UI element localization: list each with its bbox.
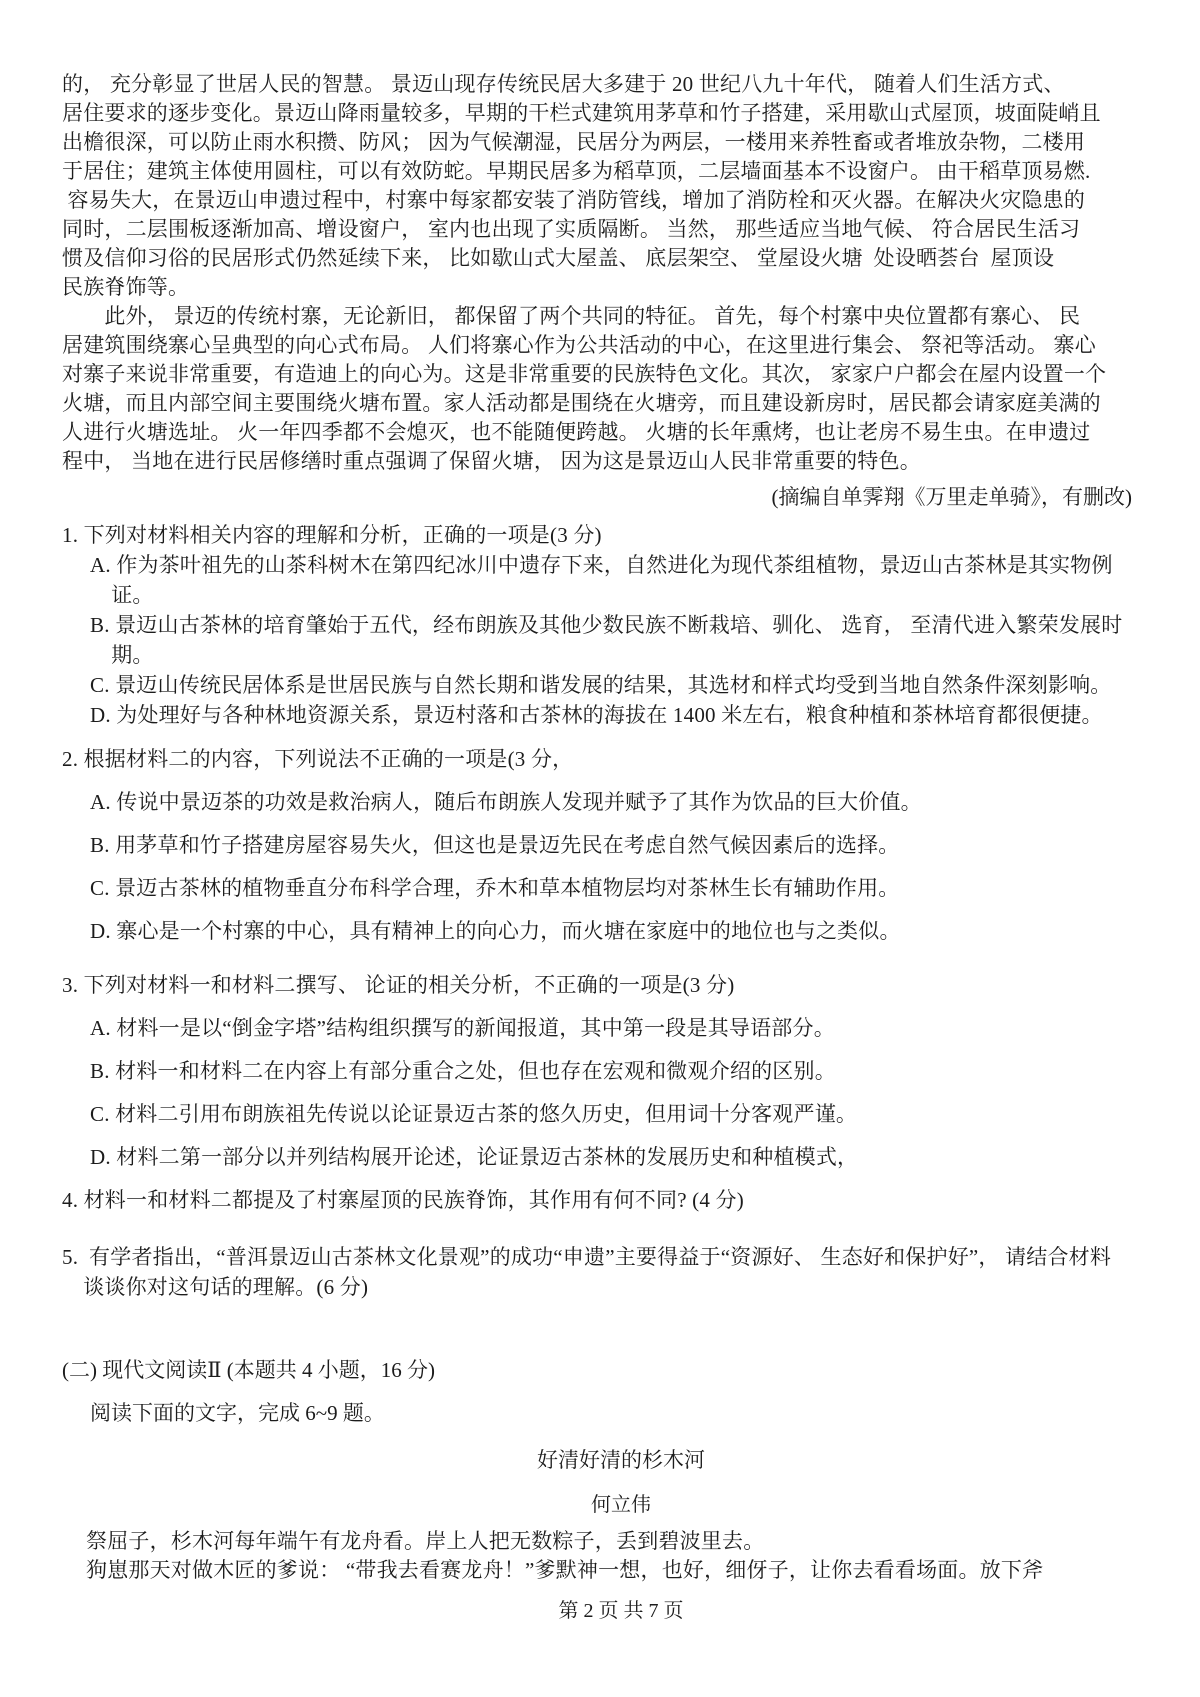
question-4-stem: 4. 材料一和材料二都提及了村寨屋顶的民族脊饰，其作用有何不同? (4 分) — [62, 1185, 1180, 1215]
text-line: 祭屈子，杉木河每年端午有龙舟看。岸上人把无数粽子，丢到碧波里去。 — [86, 1527, 1180, 1556]
question-5-line: 谈谈你对这句话的理解。(6 分) — [62, 1272, 1180, 1302]
question-3-stem: 3. 下列对材料一和材料二撰写、 论证的相关分析，不正确的一项是(3 分) — [62, 970, 1180, 1000]
option-line: C. 景迈古茶林的植物垂直分布科学合理，乔木和草本植物层均对茶林生长有辅助作用。 — [90, 873, 1180, 903]
question-2-stem: 2. 根据材料二的内容，下列说法不正确的一项是(3 分， — [62, 744, 1180, 774]
option-line: D. 为处理好与各种林地资源关系，景迈村落和古茶林的海拔在 1400 米左右，粮… — [90, 700, 1180, 730]
text-line: 居住要求的逐步变化。景迈山降雨量较多，早期的干栏式建筑用茅草和竹子搭建，采用歇山… — [62, 99, 1180, 128]
passage-author: 何立伟 — [62, 1490, 1180, 1520]
material-paragraph-2: 此外， 景迈的传统村寨，无论新旧， 都保留了两个共同的特征。 首先，每个村寨中央… — [62, 302, 1180, 476]
text-line: 民族脊饰等。 — [62, 273, 1180, 302]
text-line: 于居住；建筑主体使用圆柱，可以有效防蛇。早期民居多为稻草顶，二层墙面基本不设窗户… — [62, 157, 1180, 186]
question-3-options: A. 材料一是以“倒金字塔”结构组织撰写的新闻报道，其中第一段是其导语部分。B.… — [90, 1013, 1180, 1172]
question-5-line: 5. 有学者指出，“普洱景迈山古茶林文化景观”的成功“申遗”主要得益于“资源好、… — [62, 1242, 1180, 1272]
section-heading-modern-reading-2: (二) 现代文阅读Ⅱ (本题共 4 小题，16 分) — [62, 1355, 1180, 1385]
question-2-options: A. 传说中景迈茶的功效是救治病人，随后布朗族人发现并赋予了其作为饮品的巨大价值… — [90, 787, 1180, 946]
reading-instruction: 阅读下面的文字，完成 6~9 题。 — [90, 1398, 1180, 1428]
option-line: B. 景迈山古茶林的培育肇始于五代，经布朗族及其他少数民族不断栽培、驯化、 选育… — [90, 610, 1180, 640]
text-line: 容易失大，在景迈山申遗过程中，村寨中每家都安装了消防管线，增加了消防栓和灭火器。… — [62, 186, 1180, 215]
option-line: 期。 — [90, 640, 1180, 670]
source-attribution: (摘编自单霁翔《万里走单骑》，有删改) — [62, 482, 1132, 512]
option-line: D. 寨心是一个村寨的中心，具有精神上的向心力，而火塘在家庭中的地位也与之类似。 — [90, 916, 1180, 946]
question-4: 4. 材料一和材料二都提及了村寨屋顶的民族脊饰，其作用有何不同? (4 分) — [62, 1185, 1180, 1215]
option-line: A. 材料一是以“倒金字塔”结构组织撰写的新闻报道，其中第一段是其导语部分。 — [90, 1013, 1180, 1043]
text-line: 出檐很深，可以防止雨水积攒、防风； 因为气候潮湿，民居分为两层，一楼用来养牲畜或… — [62, 128, 1180, 157]
option-line: C. 景迈山传统民居体系是世居民族与自然长期和谐发展的结果，其选材和样式均受到当… — [90, 670, 1180, 700]
text-line: 此外， 景迈的传统村寨，无论新旧， 都保留了两个共同的特征。 首先，每个村寨中央… — [62, 302, 1180, 331]
question-3: 3. 下列对材料一和材料二撰写、 论证的相关分析，不正确的一项是(3 分) A.… — [62, 970, 1180, 1172]
text-line: 的， 充分彰显了世居人民的智慧。 景迈山现存传统民居大多建于 20 世纪八九十年… — [62, 70, 1180, 99]
text-line: 居建筑围绕寨心呈典型的向心式布局。 人们将寨心作为公共活动的中心，在这里进行集会… — [62, 331, 1180, 360]
option-line: 证。 — [90, 580, 1180, 610]
option-line: B. 用茅草和竹子搭建房屋容易失火，但这也是景迈先民在考虑自然气候因素后的选择。 — [90, 830, 1180, 860]
text-line: 狗崽那天对做木匠的爹说： “带我去看赛龙舟！”爹默神一想，也好，细伢子，让你去看… — [86, 1556, 1180, 1585]
text-line: 火塘，而且内部空间主要围绕火塘布置。家人活动都是围绕在火塘旁，而且建设新房时，居… — [62, 389, 1180, 418]
question-2: 2. 根据材料二的内容，下列说法不正确的一项是(3 分， A. 传说中景迈茶的功… — [62, 744, 1180, 946]
passage-title: 好清好清的杉木河 — [62, 1445, 1180, 1475]
question-1-options: A. 作为茶叶祖先的山茶科树木在第四纪冰川中遗存下来，自然进化为现代茶组植物，景… — [90, 550, 1180, 730]
question-1: 1. 下列对材料相关内容的理解和分析，正确的一项是(3 分) A. 作为茶叶祖先… — [62, 520, 1180, 730]
passage-body: 祭屈子，杉木河每年端午有龙舟看。岸上人把无数粽子，丢到碧波里去。狗崽那天对做木匠… — [86, 1527, 1180, 1585]
text-line: 惯及信仰习俗的民居形式仍然延续下来， 比如歇山式大屋盖、 底层架空、 堂屋设火塘… — [62, 244, 1180, 273]
material-paragraph-1: 的， 充分彰显了世居人民的智慧。 景迈山现存传统民居大多建于 20 世纪八九十年… — [62, 70, 1180, 302]
text-line: 程中， 当地在进行民居修缮时重点强调了保留火塘， 因为这是景迈山人民非常重要的特… — [62, 447, 1180, 476]
exam-page: 的， 充分彰显了世居人民的智慧。 景迈山现存传统民居大多建于 20 世纪八九十年… — [0, 0, 1200, 1697]
option-line: A. 传说中景迈茶的功效是救治病人，随后布朗族人发现并赋予了其作为饮品的巨大价值… — [90, 787, 1180, 817]
option-line: C. 材料二引用布朗族祖先传说以论证景迈古茶的悠久历史，但用词十分客观严谨。 — [90, 1099, 1180, 1129]
question-5: 5. 有学者指出，“普洱景迈山古茶林文化景观”的成功“申遗”主要得益于“资源好、… — [62, 1242, 1180, 1302]
option-line: B. 材料一和材料二在内容上有部分重合之处，但也存在宏观和微观介绍的区别。 — [90, 1056, 1180, 1086]
page-number-indicator: 第 2 页 共 7 页 — [62, 1596, 1180, 1626]
text-line: 对寨子来说非常重要，有造迪上的向心为。这是非常重要的民族特色文化。其次， 家家户… — [62, 360, 1180, 389]
option-line: A. 作为茶叶祖先的山茶科树木在第四纪冰川中遗存下来，自然进化为现代茶组植物，景… — [90, 550, 1180, 580]
text-line: 人进行火塘选址。 火一年四季都不会熄灭，也不能随便跨越。 火塘的长年熏烤，也让老… — [62, 418, 1180, 447]
question-1-stem: 1. 下列对材料相关内容的理解和分析，正确的一项是(3 分) — [62, 520, 1180, 550]
text-line: 同时，二层围板逐渐加高、增设窗户， 室内也出现了实质隔断。 当然， 那些适应当地… — [62, 215, 1180, 244]
option-line: D. 材料二第一部分以并列结构展开论述，论证景迈古茶林的发展历史和种植模式， — [90, 1142, 1180, 1172]
